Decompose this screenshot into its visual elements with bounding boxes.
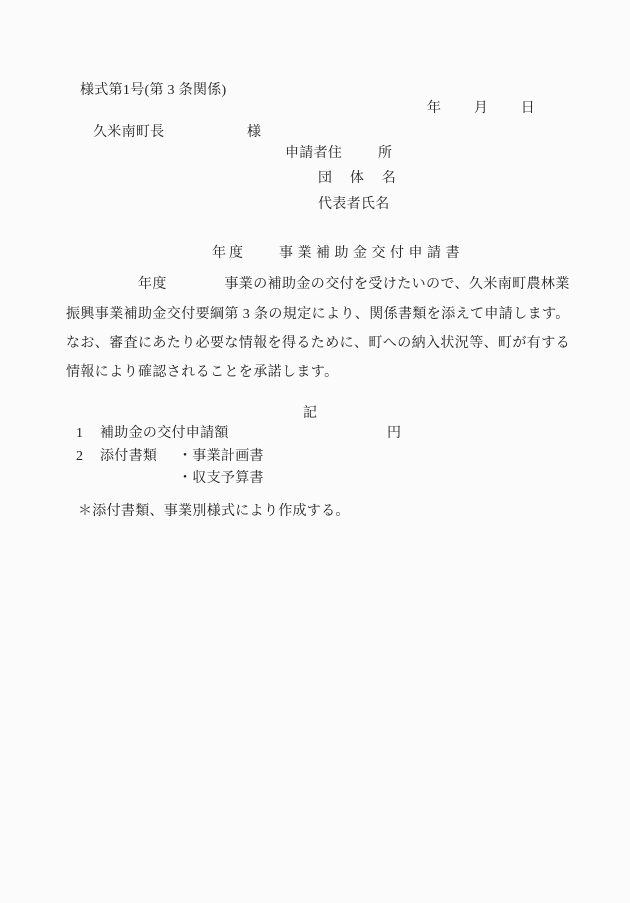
applicant-address-label-suffix: 所: [378, 147, 392, 161]
item1-label: 補助金の交付申請額: [100, 427, 229, 441]
applicant-org-name-label: 団 体 名: [318, 172, 396, 186]
body-line-1: 年度 事業の補助金の交付を受けたいので、久米南町農林業: [66, 278, 570, 292]
doc-title: 事業補助金交付申請書: [279, 247, 464, 261]
item2-attachment-1: ・事業計画書: [178, 450, 264, 464]
org-name-char-3: 名: [382, 172, 396, 186]
body-line-4: 情報により確認されることを承諾します。: [66, 366, 338, 380]
addressee-name: 久米南町長: [93, 126, 165, 140]
applicant-representative-label: 代表者氏名: [318, 198, 390, 212]
notes-heading: 記: [303, 407, 317, 421]
applicant-address-label: 申請者住: [285, 147, 342, 161]
item1-number: 1: [76, 427, 83, 441]
form-number: 様式第1号(第 3 条関係): [80, 84, 227, 98]
item2-number: 2: [76, 450, 83, 464]
date-year-label: 年: [427, 102, 441, 116]
document-page: 様式第1号(第 3 条関係) 年 月 日 久米南町長 様 申請者住 所 団 体 …: [0, 0, 630, 903]
body-line-2: 振興事業補助金交付要綱第 3 条の規定により、関係書類を添えて申請します。: [66, 308, 570, 322]
item1-unit: 円: [387, 427, 401, 441]
addressee-honorific: 様: [247, 126, 261, 140]
org-name-char-1: 団: [318, 172, 332, 186]
footnote: ＊添付書類、事業別様式により作成する。: [78, 505, 350, 519]
date-month-label: 月: [474, 102, 488, 116]
org-name-char-2: 体: [350, 172, 364, 186]
item2-label: 添付書類: [100, 450, 157, 464]
body-line-3: なお、審査にあたり必要な情報を得るために、町への納入状況等、町が有する: [66, 337, 570, 351]
doc-title-year-prefix: 年度: [212, 247, 246, 261]
date-line: 年 月 日: [427, 102, 535, 116]
date-day-label: 日: [521, 102, 535, 116]
item2-attachment-2: ・収支予算書: [178, 472, 264, 486]
